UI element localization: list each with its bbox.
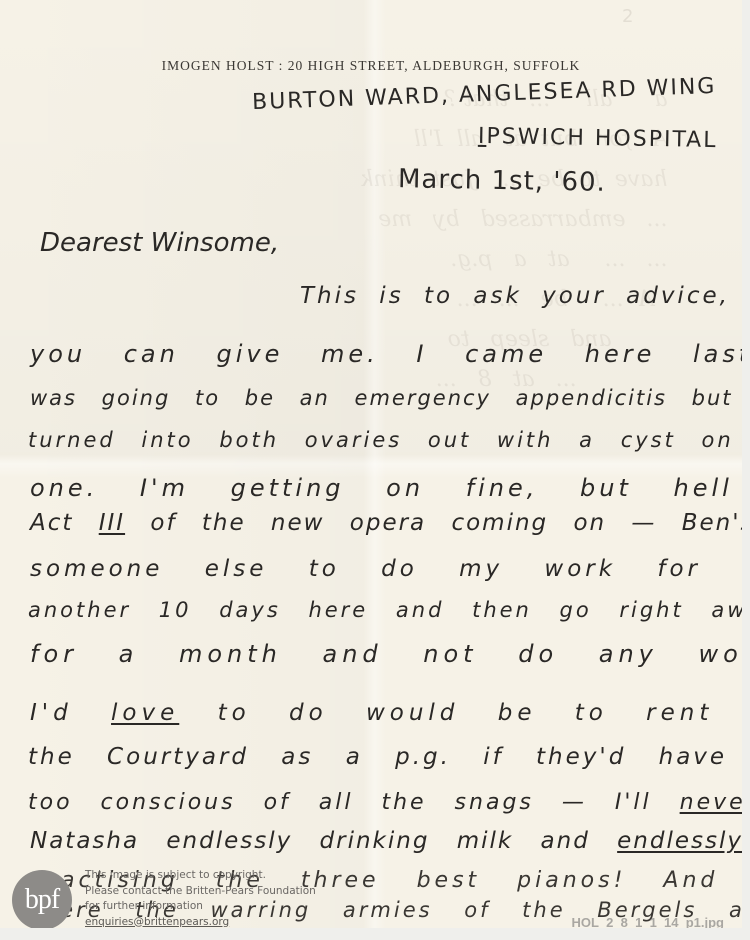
text-fragment: of the new opera coming on — Ben's havin… <box>125 510 742 536</box>
underlined-word: never <box>680 790 742 815</box>
notice-line: for further information <box>85 899 316 915</box>
body-line: you can give me. I came here last Wed fo… <box>30 340 742 368</box>
notice-line: Please contact the Britten-Pears Foundat… <box>85 884 316 900</box>
body-line: turned into both ovaries out with a cyst… <box>28 428 742 452</box>
body-line: I'd love to do would be to rent a room i… <box>30 700 742 726</box>
enquiries-email-link[interactable]: enquiries@brittenpears.org <box>85 915 316 929</box>
address-line-2-rest: PSWICH HOSPITAL <box>486 124 717 153</box>
image-filename: HOL_2_8_1_1_14_p1.jpg <box>572 915 724 928</box>
letter-date: March 1st, '60. <box>398 164 606 198</box>
text-fragment: I'd <box>30 700 111 726</box>
underlined-word: III <box>99 510 125 536</box>
body-line: for a month and not do any work at all. … <box>30 640 742 668</box>
address-line-1: BURTON WARD, ANGLESEA RD WING <box>252 74 717 115</box>
body-line: one. I'm getting on fine, but hell of a … <box>30 474 742 502</box>
letter-page: a all ... that ? A for but at all I'll h… <box>0 0 742 928</box>
underlined-word: endlessly <box>617 828 742 854</box>
copyright-watermark: bpf This image is subject to copyright. … <box>12 868 316 928</box>
body-line: This is to ask your advice, which only <box>300 283 742 309</box>
text-fragment: Act <box>30 510 99 536</box>
body-line: Natasha endlessly drinking milk and endl… <box>30 828 742 854</box>
bpf-logo: bpf <box>12 870 72 928</box>
address-line-2: IPSWICH HOSPITAL <box>478 124 718 153</box>
copyright-notice: This image is subject to copyright. Plea… <box>85 868 316 928</box>
body-line: too conscious of all the snags — I'll ne… <box>28 790 742 815</box>
body-line: someone else to do my work for me. I'm t… <box>30 556 742 582</box>
salutation: Dearest Winsome, <box>40 228 279 258</box>
text-fragment: too conscious of all the snags — I'll <box>28 790 680 815</box>
text-fragment: to do would be to rent a room in <box>179 700 742 726</box>
text-fragment: Natasha endlessly drinking milk and <box>30 828 617 854</box>
image-viewer: a all ... that ? A for but at all I'll h… <box>0 0 750 940</box>
body-line: the Courtyard as a p.g. if they'd have m… <box>28 744 742 770</box>
page-number-bleed: 2 <box>622 6 633 27</box>
underlined-word: love <box>111 700 179 726</box>
body-line: was going to be an emergency appendiciti… <box>30 386 742 410</box>
body-line: another 10 days here and then go right a… <box>28 598 742 622</box>
notice-line: This image is subject to copyright. <box>85 868 316 884</box>
body-line: Act III of the new opera coming on — Ben… <box>30 510 742 536</box>
letterhead: IMOGEN HOLST : 20 HIGH STREET, ALDEBURGH… <box>0 58 742 74</box>
